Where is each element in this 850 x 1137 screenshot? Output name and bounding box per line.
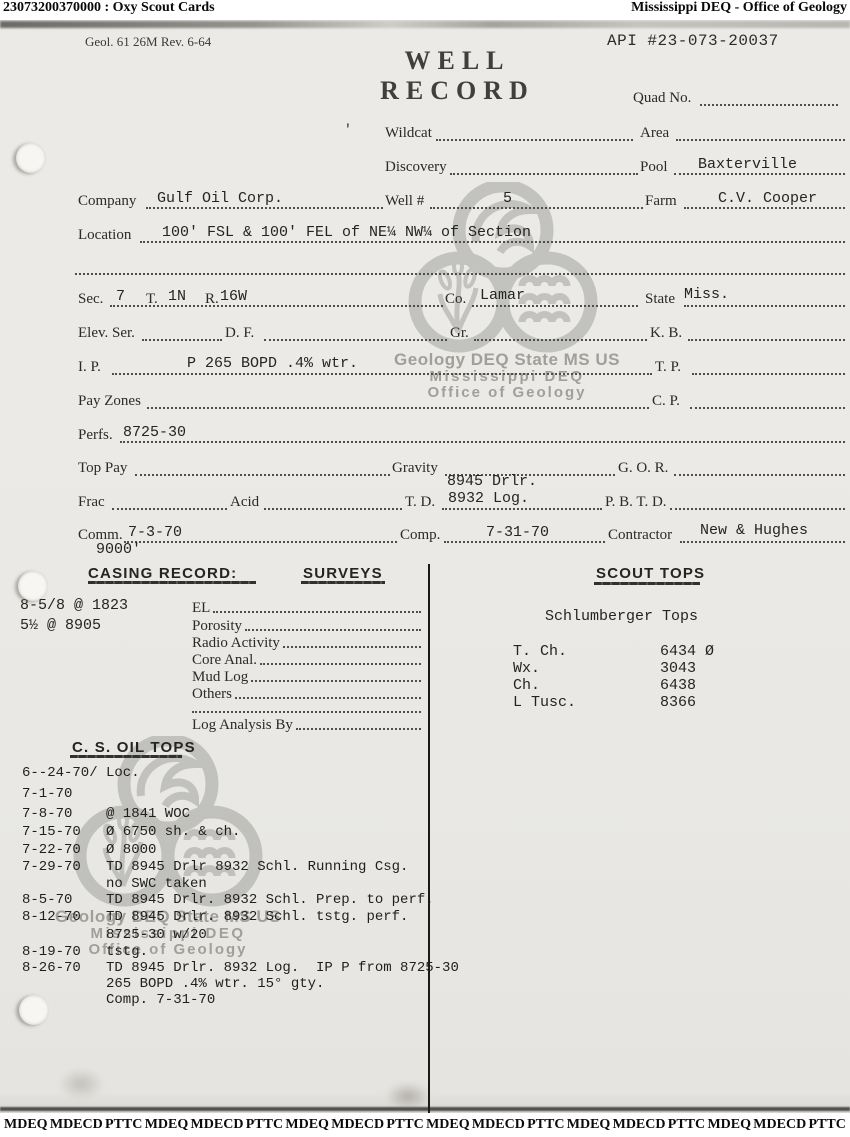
footer-item: MDEQ [145,1117,189,1133]
entry-text: TD 8945 Drlr. 8932 Schl. Prep. to perf. [106,892,434,908]
entry-text: TD 8945 Drlr 8932 Schl. Running Csg. [106,859,408,875]
survey-label: Porosity [192,618,242,634]
dotted-line [120,441,845,443]
dotted-line [676,139,845,141]
ip-label: I. P. [78,359,101,375]
elev-ser-label: Elev. Ser. [78,325,135,341]
entry-date: 7-22-70 [22,842,106,858]
dotted-line [110,305,443,307]
entry-date: 7-15-70 [22,824,106,840]
footer-item: MDEQ [426,1117,470,1133]
area-label: Area [640,125,669,141]
survey-label: Mud Log [192,669,248,685]
entry-date: 8-26-70 [22,960,106,976]
county-value: Lamar [480,287,525,304]
td-driller-value: 8945 Drlr. [447,473,537,490]
dotted-line [251,680,421,682]
watermark-line1: Geology DEQ State MS US [382,351,632,369]
comp-date-value: 7-31-70 [486,524,549,541]
kb-label: K. B. [650,325,682,341]
footer-item: MDECD [472,1117,525,1133]
pbtd-label: P. B. T. D. [605,494,667,510]
oil-top-entry: 7-1-70 [22,786,106,802]
comm-date-value: 7-3-70 [128,524,182,541]
survey-row: Log Analysis By [192,717,421,733]
viewer-top-bar: 23073200370000 : Oxy Scout Cards Mississ… [0,0,850,20]
entry-text: Ø 8000 [106,842,156,858]
page-title: WELL RECORD [330,46,585,106]
oil-top-entry: 7-22-70Ø 8000 [22,842,156,858]
well-record-scan-viewer: { "top_bar": { "left": "23073200370000 :… [0,0,850,1137]
df-label: D. F. [225,325,254,341]
county-label: Co. [445,291,466,307]
dotted-line [260,663,421,665]
survey-row: Others [192,686,421,702]
pay-zones-label: Pay Zones [78,393,141,409]
hole-punch [19,995,49,1025]
footer-item: PTTC [808,1117,845,1133]
dotted-line [684,207,845,209]
scout-top-value: 3043 [660,660,696,677]
entry-date: 7-1-70 [22,786,106,802]
footer-item: MDEQ [567,1117,611,1133]
farm-label: Farm [645,193,677,209]
oil-top-entry: 265 BOPD .4% wtr. 15° gty. [22,976,324,992]
td-log-value: 8932 Log. [448,490,529,507]
hole-punch [18,571,48,601]
state-label: State [645,291,675,307]
oil-top-entry: 7-15-70Ø 6750 sh. & ch. [22,824,240,840]
oil-top-entry: 8-5-70TD 8945 Drlr. 8932 Schl. Prep. to … [22,892,434,908]
dotted-line [213,611,421,613]
dotted-line [112,508,227,510]
dotted-line [135,474,390,476]
entry-text: 265 BOPD .4% wtr. 15° gty. [106,976,324,992]
dotted-line [436,139,633,141]
footer-item: PTTC [668,1117,705,1133]
scout-tops-title: SCOUT TOPS [596,565,705,582]
frac-label: Frac [78,494,105,510]
dotted-line [245,629,421,631]
footer-item: PTTC [105,1117,142,1133]
oil-top-entry: Comp. 7-31-70 [22,992,215,1008]
dotted-line [674,474,845,476]
depth-note: 9000' [96,541,141,558]
scout-top-value: 8366 [660,694,696,711]
viewer-bottom-bar: MDEQ MDECD PTTC MDEQ MDECD PTTC MDEQ MDE… [0,1113,850,1137]
oil-tops-title: C. S. OIL TOPS [72,739,196,756]
dotted-line [688,339,845,341]
state-value: Miss. [684,286,729,303]
stray-mark: ' [344,122,352,137]
footer-item: PTTC [246,1117,283,1133]
footer-item: MDECD [50,1117,103,1133]
gor-label: G. O. R. [618,460,668,476]
api-number: API #23-073-20037 [607,32,779,50]
entry-text: Comp. 7-31-70 [106,992,215,1008]
company-label: Company [78,193,136,209]
well-no-label: Well # [385,193,424,209]
dotted-line [472,305,638,307]
oil-top-entry: 7-8-70@ 1841 WOC [22,806,190,822]
scan-bottom-edge [0,1107,850,1111]
dotted-line [147,407,649,409]
casing-record-title: CASING RECORD: [88,565,237,582]
survey-row: Radio Activity [192,635,421,651]
surveys-title: SURVEYS [303,565,383,582]
hole-punch [16,143,46,173]
oil-top-entry: 8-12-70TD 8945 Drlr. 8932 Schl. tstg. pe… [22,909,408,925]
gravity-label: Gravity [392,460,438,476]
watermark-line3: Office of Geology [382,385,632,401]
sec-value: 7 [116,288,125,305]
survey-row: EL [192,600,421,616]
footer-item: PTTC [386,1117,423,1133]
oil-top-entry: 7-29-70TD 8945 Drlr 8932 Schl. Running C… [22,859,408,875]
dotted-line [474,339,647,341]
footer-item: MDECD [753,1117,806,1133]
dotted-line [690,407,845,409]
dotted-line [75,273,845,275]
entry-date: 7-29-70 [22,859,106,875]
oil-top-entry: no SWC taken [22,876,207,892]
entry-date: 8-19-70 [22,944,106,960]
tp-label: T. P. [655,359,681,375]
log-analysis-label: Log Analysis By [192,717,293,733]
scout-top-name: T. Ch. [513,643,567,660]
sec-label: Sec. [78,291,103,307]
dotted-line [430,207,643,209]
gr-label: Gr. [450,325,469,341]
survey-label: Others [192,686,232,702]
dotted-line [674,173,845,175]
entry-text: tstg. [106,944,148,960]
survey-label: Radio Activity [192,635,280,651]
form-number: Geol. 61 26M Rev. 6-64 [85,34,211,50]
cp-label: C. P. [652,393,680,409]
survey-label: Core Anal. [192,652,257,668]
scan-smudge [58,1068,104,1100]
scout-top-value: 6438 [660,677,696,694]
survey-row: Porosity [192,618,421,634]
top-pay-label: Top Pay [78,460,127,476]
footer-item: MDEQ [4,1117,48,1133]
header-underline [70,755,182,758]
comp-label: Comp. [400,527,440,543]
scan-smudge [385,1082,431,1110]
dotted-line [142,339,222,341]
dotted-line [124,541,397,543]
dotted-line [692,373,845,375]
entry-date: 8-5-70 [22,892,106,908]
casing-entry: 5½ @ 8905 [20,617,101,634]
scan-top-edge [0,21,850,28]
discovery-label: Discovery [385,159,447,175]
entry-text: TD 8945 Drlr. 8932 Schl. tstg. perf. [106,909,408,925]
dotted-line [264,339,447,341]
oil-top-entry: 8-26-70TD 8945 Drlr. 8932 Log. IP P from… [22,960,459,976]
dotted-line [140,241,845,243]
survey-row: Core Anal. [192,652,421,668]
oil-top-entry: 6--24-70/Loc. [22,765,140,781]
dotted-line [670,508,845,510]
dotted-line [146,207,383,209]
watermark-text: Geology DEQ State MS US Mississippi DEQ … [382,351,632,401]
footer-item: PTTC [527,1117,564,1133]
td-label: T. D. [405,494,435,510]
entry-text: Loc. [106,765,140,781]
scout-top-name: L Tusc. [513,694,576,711]
dotted-line [442,508,602,510]
column-divider [428,564,430,1113]
scout-top-name: Wx. [513,660,540,677]
dotted-line [680,541,845,543]
header-underline [301,581,385,584]
location-value: 100' FSL & 100' FEL of NE¼ NW¼ of Sectio… [162,224,531,241]
entry-date: 6--24-70/ [22,765,106,781]
well-no-value: 5 [503,190,512,207]
perfs-value: 8725-30 [123,424,186,441]
scout-top-name: Ch. [513,677,540,694]
footer-item: MDEQ [707,1117,751,1133]
ip-value: P 265 BOPD .4% wtr. [187,355,358,372]
dotted-line [283,646,421,648]
header-underline [88,581,256,584]
dotted-line [264,508,402,510]
source-agency-label: Mississippi DEQ - Office of Geology [631,0,847,16]
entry-date: 8-12-70 [22,909,106,925]
dotted-line [450,173,638,175]
oil-top-entry: 8725-30 w/20 [22,927,207,943]
entry-text: @ 1841 WOC [106,806,190,822]
header-underline [594,582,700,585]
wildcat-label: Wildcat [385,125,432,141]
dotted-line [444,541,605,543]
dotted-line [700,104,838,106]
farm-value: C.V. Cooper [718,190,817,207]
dotted-line [684,305,845,307]
entry-text: TD 8945 Drlr. 8932 Log. IP P from 8725-3… [106,960,459,976]
scout-tops-subtitle: Schlumberger Tops [545,608,698,625]
dotted-line [235,697,421,699]
footer-item: MDECD [331,1117,384,1133]
contractor-label: Contractor [608,527,672,543]
acid-label: Acid [230,494,259,510]
footer-item: MDEQ [285,1117,329,1133]
dotted-line [192,711,421,713]
perfs-label: Perfs. [78,427,113,443]
contractor-value: New & Hughes [700,522,808,539]
oil-top-entry: 8-19-70tstg. [22,944,148,960]
entry-text: 8725-30 w/20 [106,927,207,943]
township-value: 1N [168,288,186,305]
footer-item: MDECD [613,1117,666,1133]
scout-top-value: 6434 Ø [660,643,714,660]
range-value: 16W [220,288,247,305]
document-id-label: 23073200370000 : Oxy Scout Cards [3,0,215,16]
footer-item: MDECD [191,1117,244,1133]
survey-label: EL [192,600,210,616]
entry-text: Ø 6750 sh. & ch. [106,824,240,840]
dotted-line [112,373,652,375]
survey-row: Mud Log [192,669,421,685]
dotted-line [296,728,421,730]
entry-date: 7-8-70 [22,806,106,822]
location-label: Location [78,227,131,243]
company-value: Gulf Oil Corp. [157,190,283,207]
watermark-line2: Mississippi DEQ [382,369,632,385]
pool-label: Pool [640,159,668,175]
pool-value: Baxterville [698,156,797,173]
quad-no-label: Quad No. [633,90,691,106]
entry-text: no SWC taken [106,876,207,892]
